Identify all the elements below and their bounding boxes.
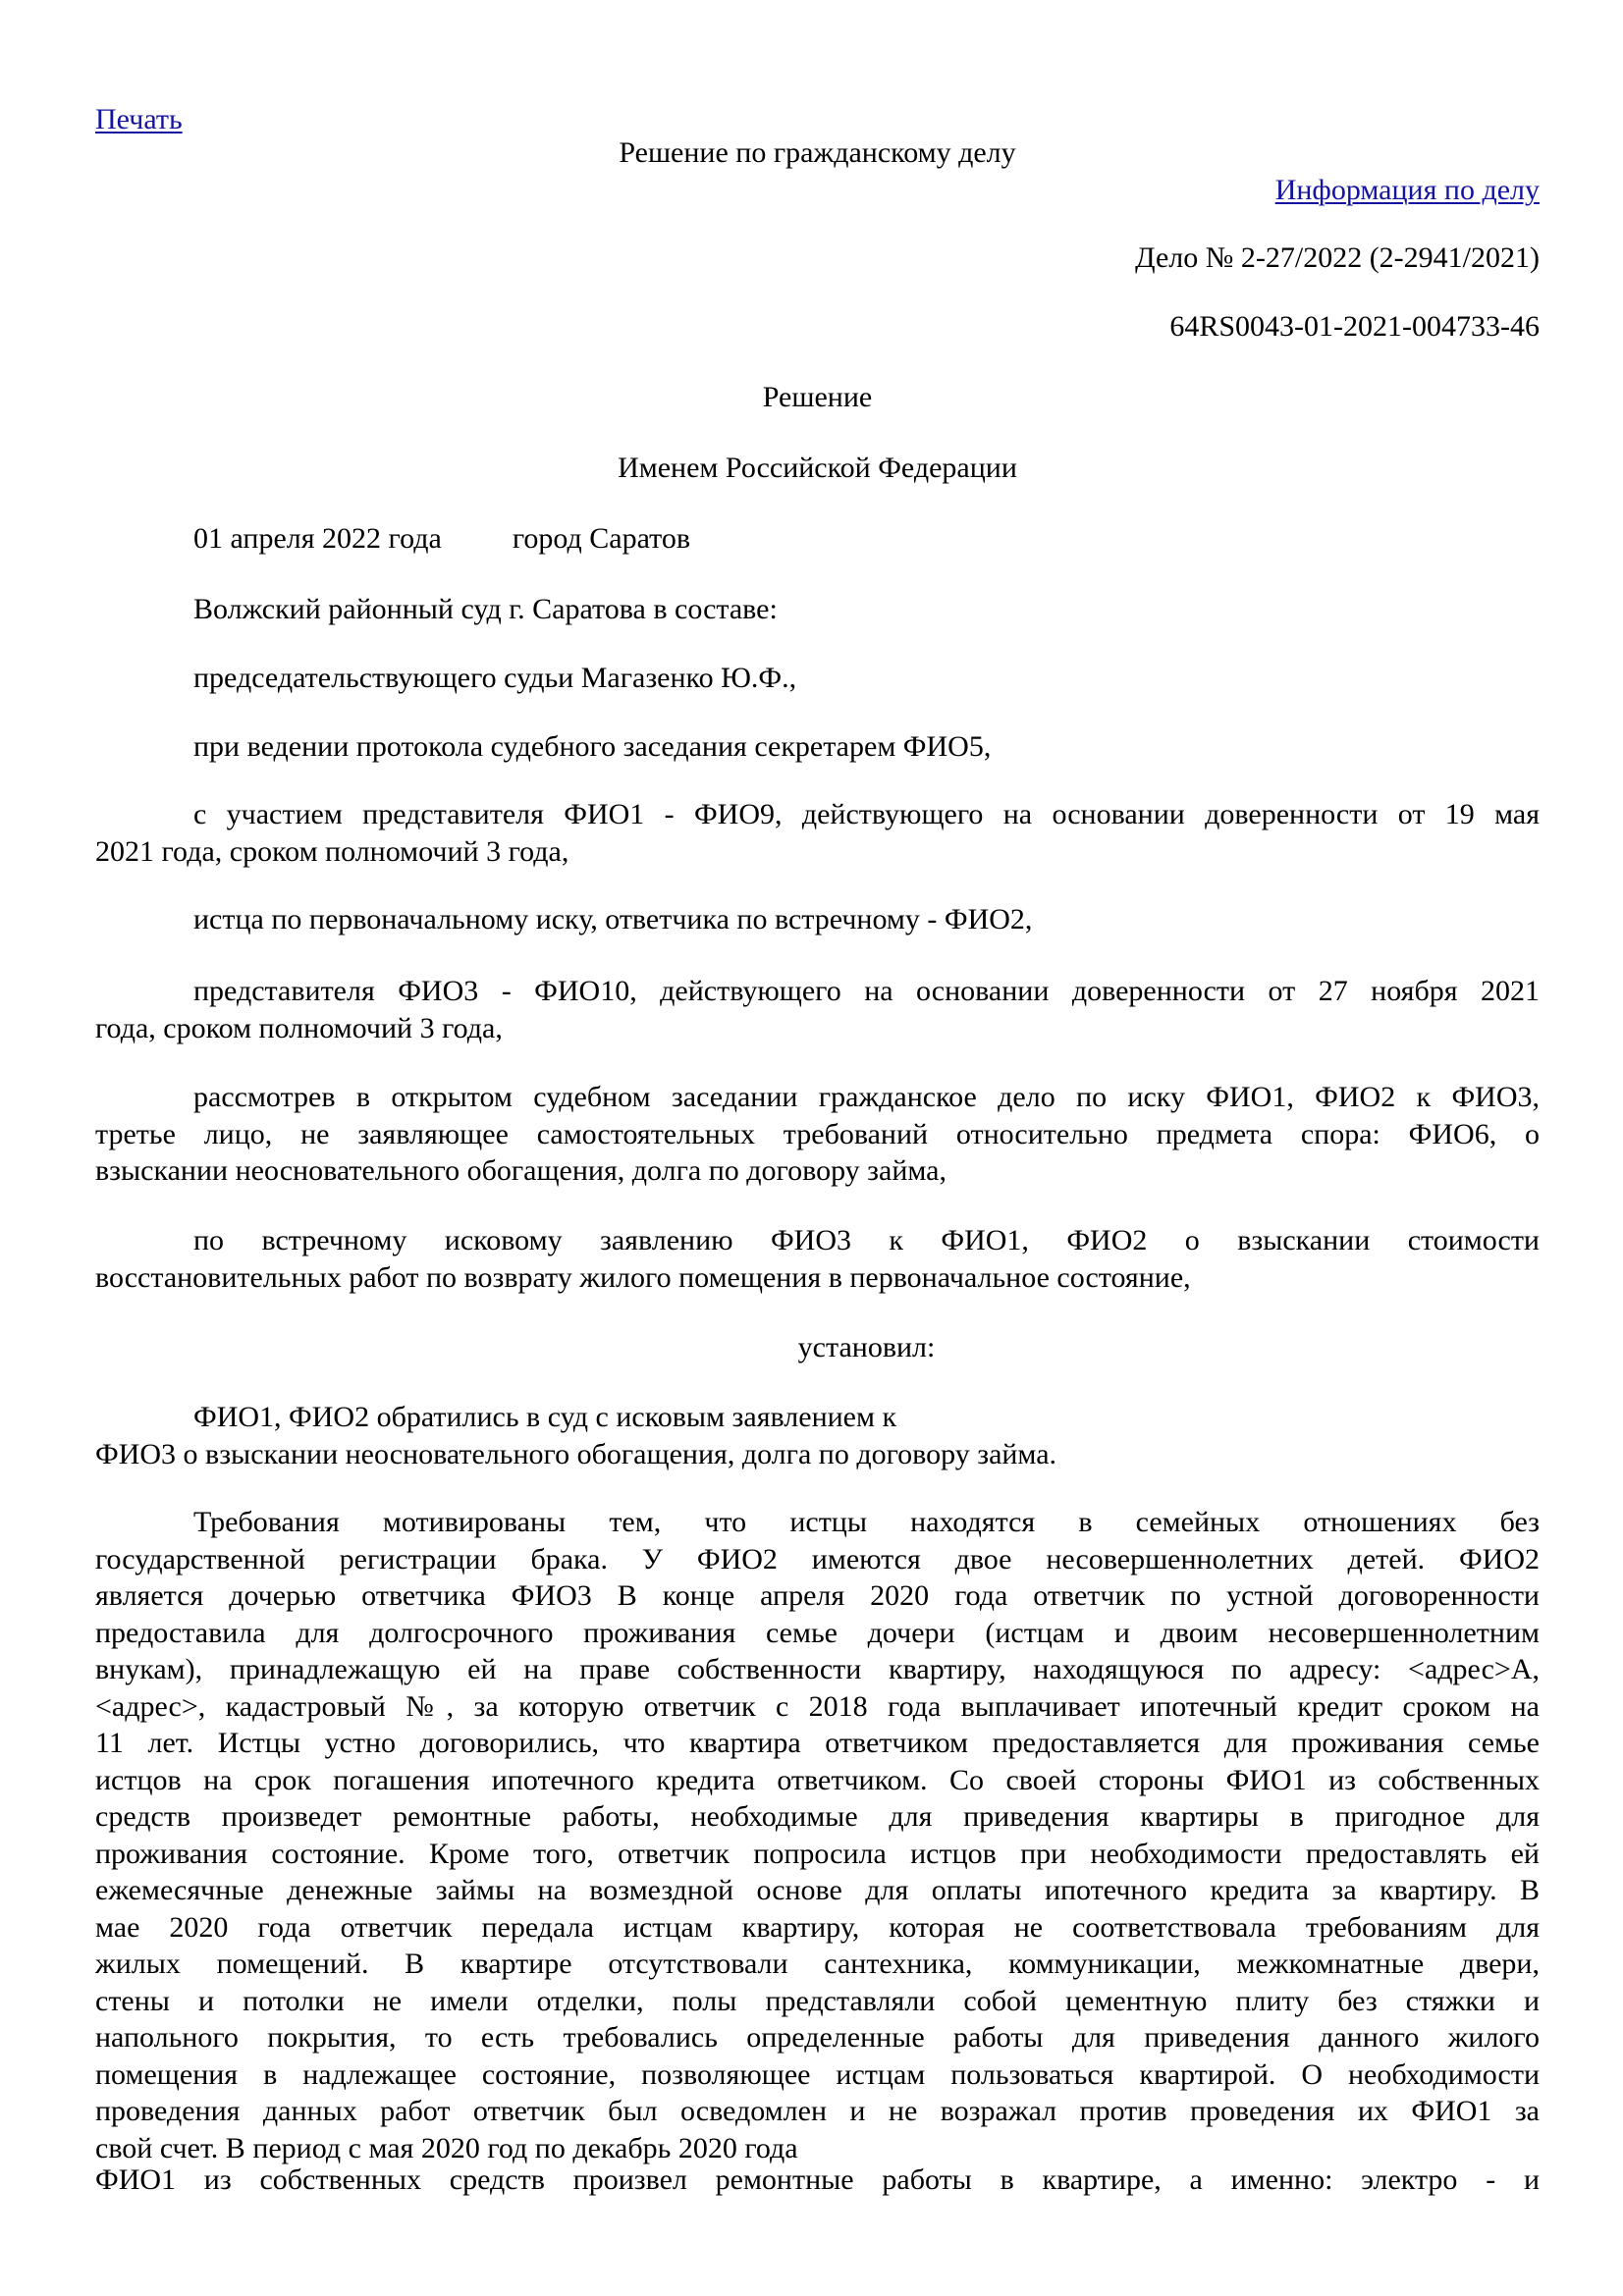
decision-heading: Решение [95, 379, 1540, 415]
paragraph-line: ФИО1 из собственных средств произвел рем… [95, 2162, 1540, 2199]
paragraph-representative-plaintiff: с участием представителя ФИО1 - ФИО9, де… [95, 796, 1540, 870]
paragraph-line: ФИО1, ФИО2 обратились в суд с исковым за… [95, 1399, 1540, 1436]
paragraph-claim: ФИО1, ФИО2 обратились в суд с исковым за… [95, 1399, 1540, 1472]
print-row: Печать [95, 101, 1540, 137]
case-info-row: Информация по делу [95, 172, 1540, 208]
decision-date: 01 апреля 2022 года [193, 522, 442, 555]
paragraph-case-considered: рассмотрев в открытом судебном заседании… [95, 1079, 1540, 1190]
paragraph-line: мае 2020 года ответчик передала истцам к… [95, 1909, 1540, 1947]
paragraph-line: напольного покрытия, то есть требовались… [95, 2019, 1540, 2056]
paragraph-line: Требования мотивированы тем, что истцы н… [95, 1504, 1540, 1541]
paragraph-line: восстановительных работ по возврату жило… [95, 1259, 1540, 1297]
paragraph-line: 11 лет. Истцы устно договорились, что кв… [95, 1725, 1540, 1762]
paragraph-counterclaim: по встречному исковому заявлению ФИО3 к … [95, 1222, 1540, 1296]
paragraph-line: взыскании неосновательного обогащения, д… [95, 1152, 1540, 1190]
paragraph-line: ежемесячные денежные займы на возмездной… [95, 1872, 1540, 1909]
paragraph-line: проживания состояние. Кроме того, ответч… [95, 1836, 1540, 1873]
date-city-row: 01 апреля 2022 годагород Саратов [193, 520, 690, 557]
paragraph-line: 2021 года, сроком полномочий 3 года, [95, 833, 1540, 871]
paragraph-line: <адрес>, кадастровый №, за которую ответ… [95, 1688, 1540, 1726]
case-info-link[interactable]: Информация по делу [1275, 174, 1540, 206]
presiding-judge: председательствующего судьи Магазенко Ю.… [193, 660, 796, 696]
paragraph-line: помещения в надлежащее состояние, позвол… [95, 2056, 1540, 2094]
paragraph-line: предоставила для долгосрочного проживани… [95, 1615, 1540, 1652]
paragraph-line: средств произведет ремонтные работы, нео… [95, 1798, 1540, 1836]
paragraph-line: представителя ФИО3 - ФИО10, действующего… [95, 973, 1540, 1010]
paragraph-representative-defendant: представителя ФИО3 - ФИО10, действующего… [95, 973, 1540, 1046]
paragraph-line: третье лицо, не заявляющее самостоятельн… [95, 1116, 1540, 1153]
paragraph-line: жилых помещений. В квартире отсутствовал… [95, 1946, 1540, 1983]
paragraph-line: стены и потолки не имели отделки, полы п… [95, 1983, 1540, 2020]
paragraph-plaintiff: истца по первоначальному иску, ответчика… [95, 901, 1540, 938]
decision-city: город Саратов [513, 522, 690, 555]
paragraph-line: государственной регистрации брака. У ФИО… [95, 1541, 1540, 1578]
paragraph-line: ФИО3 о взыскании неосновательного обогащ… [95, 1436, 1540, 1473]
case-number: Дело № 2-27/2022 (2-2941/2021) [95, 240, 1540, 276]
court-secretary: при ведении протокола судебного заседани… [193, 728, 991, 765]
paragraph-line: истца по первоначальному иску, ответчика… [95, 901, 1540, 938]
paragraph-line: рассмотрев в открытом судебном заседании… [95, 1079, 1540, 1116]
decision-subheading: Именем Российской Федерации [95, 450, 1540, 486]
print-link[interactable]: Печать [95, 103, 183, 135]
paragraph-line: является дочерью ответчика ФИО3 В конце … [95, 1577, 1540, 1615]
paragraph-line: проведения данных работ ответчик был осв… [95, 2093, 1540, 2130]
paragraph-line: истцов на срок погашения ипотечного кред… [95, 1762, 1540, 1799]
paragraph-line: с участием представителя ФИО1 - ФИО9, де… [95, 796, 1540, 833]
paragraph-claim-reasons: Требования мотивированы тем, что истцы н… [95, 1504, 1540, 2166]
paragraph-line: года, сроком полномочий 3 года, [95, 1010, 1540, 1047]
paragraph-line: по встречному исковому заявлению ФИО3 к … [95, 1222, 1540, 1259]
established-heading: установил: [95, 1329, 1540, 1365]
case-uid: 64RS0043-01-2021-004733-46 [95, 308, 1540, 345]
paragraph-line: внукам), принадлежащую ей на праве собст… [95, 1651, 1540, 1688]
court-composition: Волжский районный суд г. Саратова в сост… [193, 591, 778, 627]
paragraph-repair-works: ФИО1 из собственных средств произвел рем… [95, 2162, 1540, 2199]
document-title: Решение по гражданскому делу [95, 134, 1540, 171]
